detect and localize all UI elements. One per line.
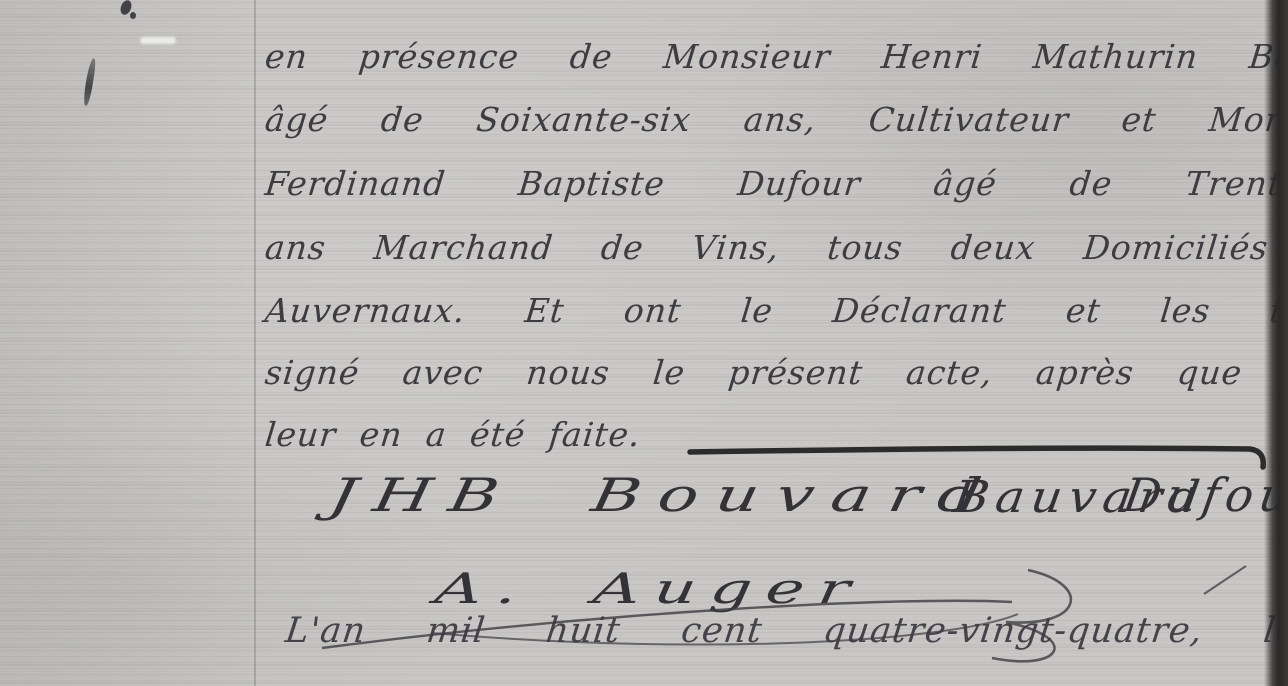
scan-gutter-edge-band — [1264, 0, 1288, 686]
act-line-3: Ferdinand Baptiste Dufour âgé de Trente-… — [263, 163, 1288, 204]
act-line-1: en présence de Monsieur Henri Mathurin B… — [263, 36, 1288, 77]
act-line-4: ans Marchand de Vins, tous deux Domicili… — [263, 227, 1288, 268]
act-line-7: leur en a été faite. — [263, 414, 643, 455]
closing-rule-line — [690, 448, 1263, 467]
act-line-6: signé avec nous le présent acte, après q… — [263, 352, 1288, 393]
next-act-opening-line: L'an mil huit cent quatre-vingt-quatre, … — [283, 610, 1288, 652]
signature-dufour-witness: Dufour — [1120, 468, 1288, 522]
paper-light-streak — [140, 37, 176, 44]
act-line-5: Auvernaux. Et ont le Déclarant et les té… — [263, 290, 1288, 331]
scanned-register-page: en présence de Monsieur Henri Mathurin B… — [0, 0, 1288, 686]
ruled-margin-line — [254, 0, 256, 686]
ink-speck — [130, 12, 136, 19]
signature-bouvard-declarant: JHB Bouvard — [325, 468, 1003, 522]
act-line-2: âgé de Soixante-six ans, Cultivateur et … — [263, 99, 1288, 140]
left-margin-shade — [0, 0, 256, 686]
signature-auger-officiant: A. Auger — [432, 564, 867, 613]
